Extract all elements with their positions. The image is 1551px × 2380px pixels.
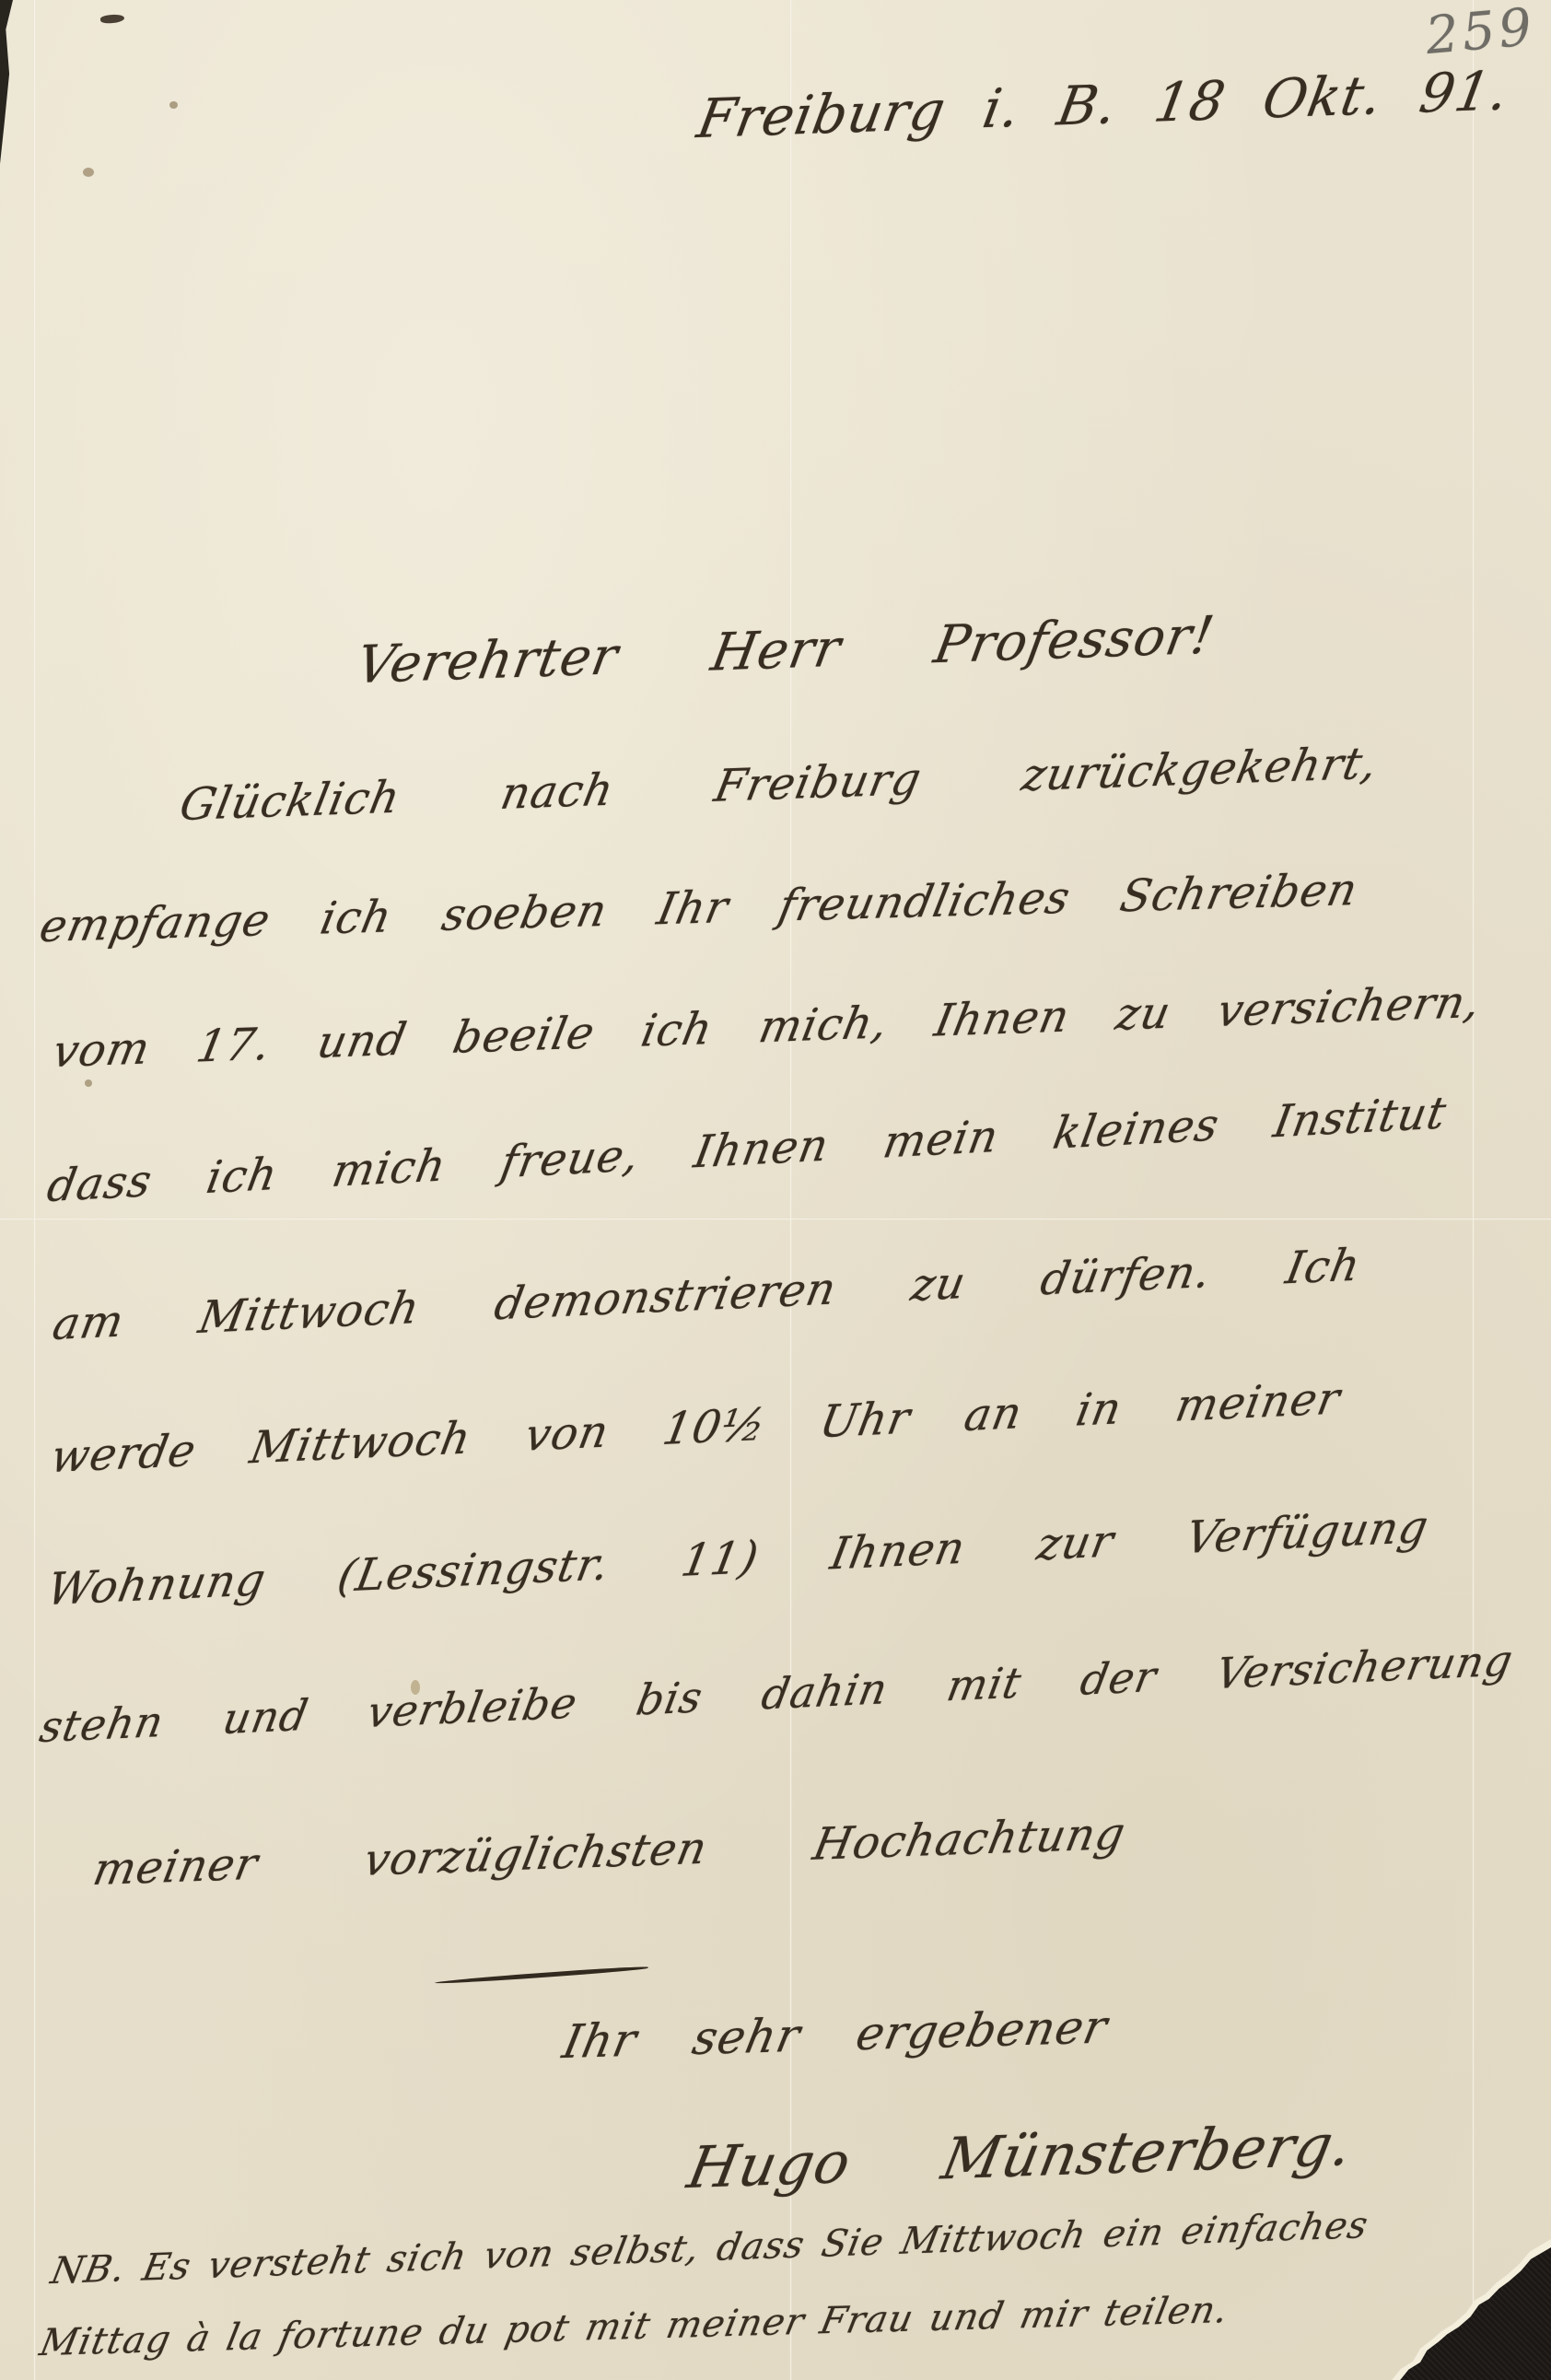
body-line: werde Mittwoch von 10½ Uhr an in meiner <box>47 1374 1344 1482</box>
body-line: am Mittwoch demonstrieren zu dürfen. Ich <box>49 1241 1364 1349</box>
pen-flourish <box>435 1966 648 1985</box>
body-line: stehn und verbleibe bis dahin mit der Ve… <box>36 1637 1517 1751</box>
fold-crease-horizontal <box>0 1218 1551 1220</box>
body-line: dass ich mich freue, Ihnen mein kleines … <box>43 1089 1450 1211</box>
postscript-line: Mittag à la fortune du pot mit meiner Fr… <box>37 2290 1232 2363</box>
paper-spot <box>169 101 178 109</box>
postscript-line: NB. Es versteht sich von selbst, dass Si… <box>48 2205 1372 2292</box>
torn-corner-backing <box>1383 2233 1551 2380</box>
salutation: Verehrter Herr Professor! <box>353 607 1219 694</box>
archive-number: 259 <box>1423 0 1537 66</box>
closing: Ihr sehr ergebener <box>558 2001 1112 2068</box>
ink-spot <box>100 14 125 25</box>
paper-spot <box>85 1079 92 1087</box>
body-line: Wohnung (Lessingstr. 11) Ihnen zur Verfü… <box>43 1503 1432 1615</box>
fold-crease-left <box>33 0 36 2380</box>
body-line: vom 17. und beeile ich mich, Ihnen zu ve… <box>49 978 1485 1077</box>
body-line: empfange ich soeben Ihr freundliches Sch… <box>36 866 1362 951</box>
body-line: Glücklich nach Freiburg zurückgekehrt, <box>176 739 1382 830</box>
letter-scan-page: 259 Freiburg i. B. 18 Okt. 91. Verehrter… <box>0 0 1551 2380</box>
scan-edge-artifact <box>0 0 13 164</box>
body-line: meiner vorzüglichsten Hochachtung <box>89 1810 1130 1895</box>
dateline: Freiburg i. B. 18 Okt. 91. <box>693 62 1513 149</box>
fold-crease-right <box>1472 0 1475 2380</box>
signature: Hugo Münsterberg. <box>682 2114 1358 2200</box>
paper-spot <box>83 168 94 177</box>
